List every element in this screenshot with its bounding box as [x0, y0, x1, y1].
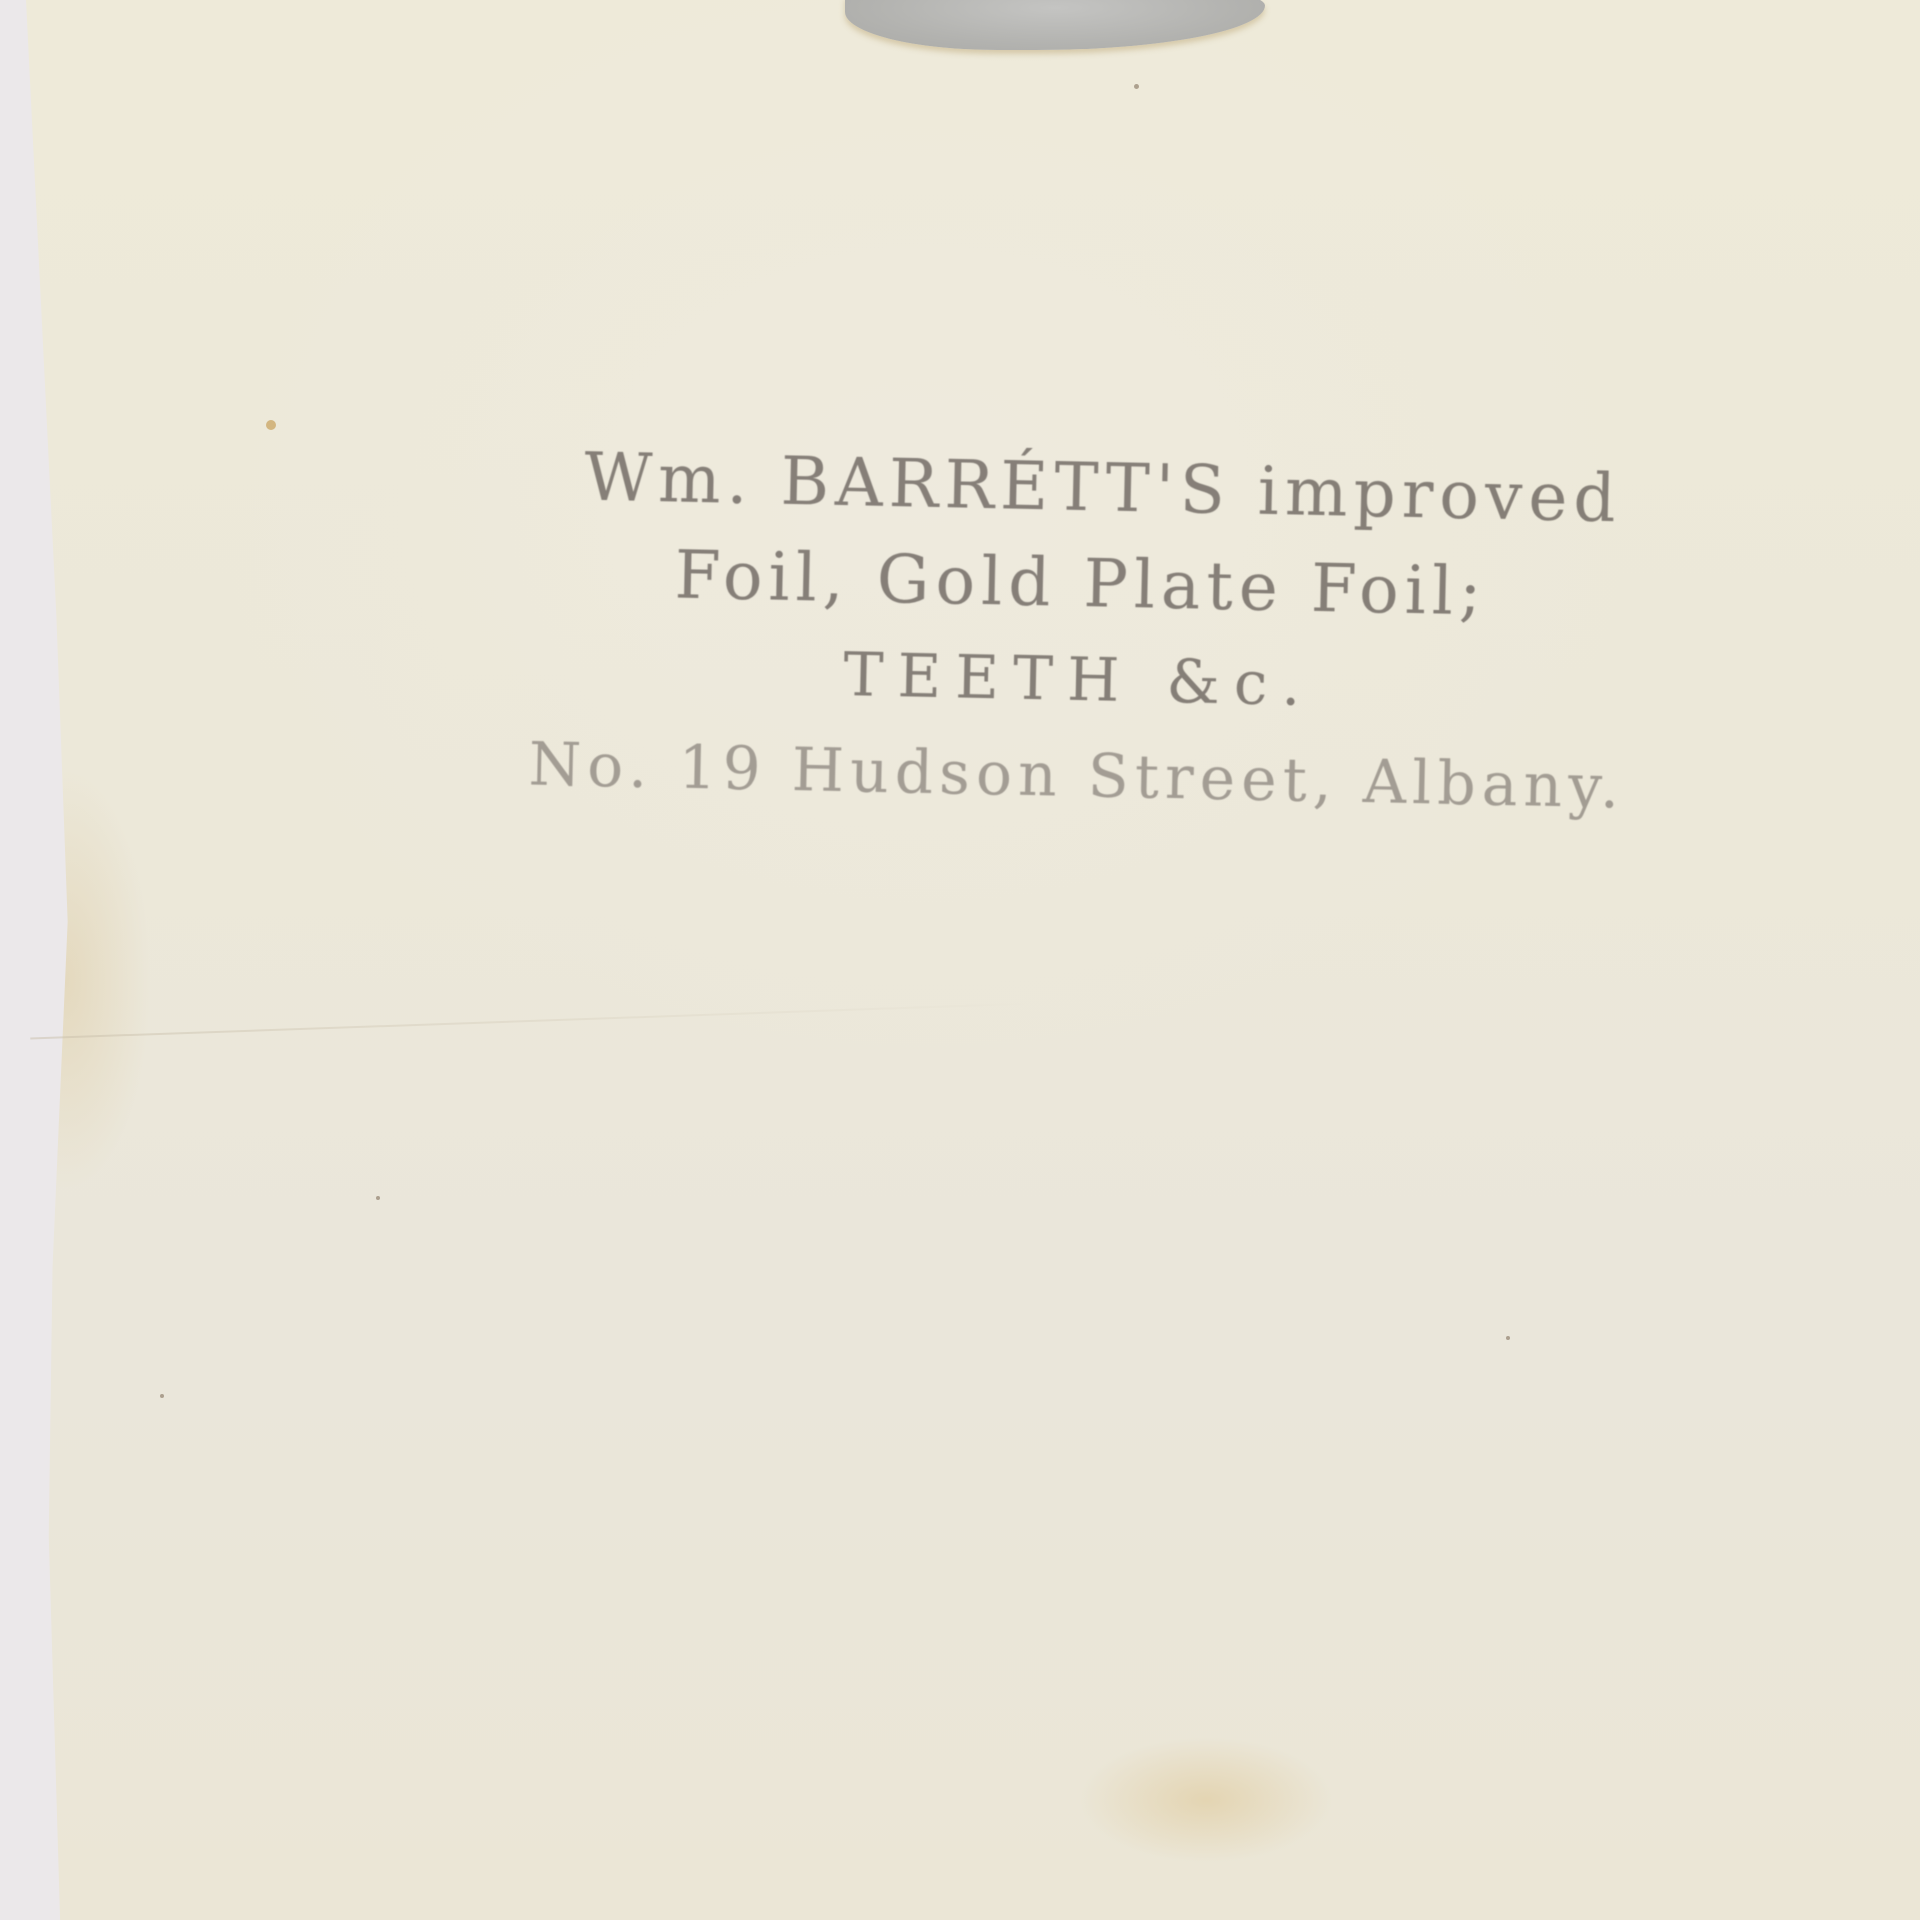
printed-stamp: Wm. BARRÉTT'S improved Foil, Gold Plate …: [476, 427, 1684, 836]
paper-speck: [266, 420, 276, 430]
paper-speck: [376, 1196, 380, 1200]
paper-speck: [1506, 1336, 1510, 1340]
photo-scene: Wm. BARRÉTT'S improved Foil, Gold Plate …: [0, 0, 1920, 1920]
paper-speck: [1134, 84, 1139, 89]
paper-speck: [160, 1394, 164, 1398]
aged-paper-sheet: [26, 0, 1920, 1920]
